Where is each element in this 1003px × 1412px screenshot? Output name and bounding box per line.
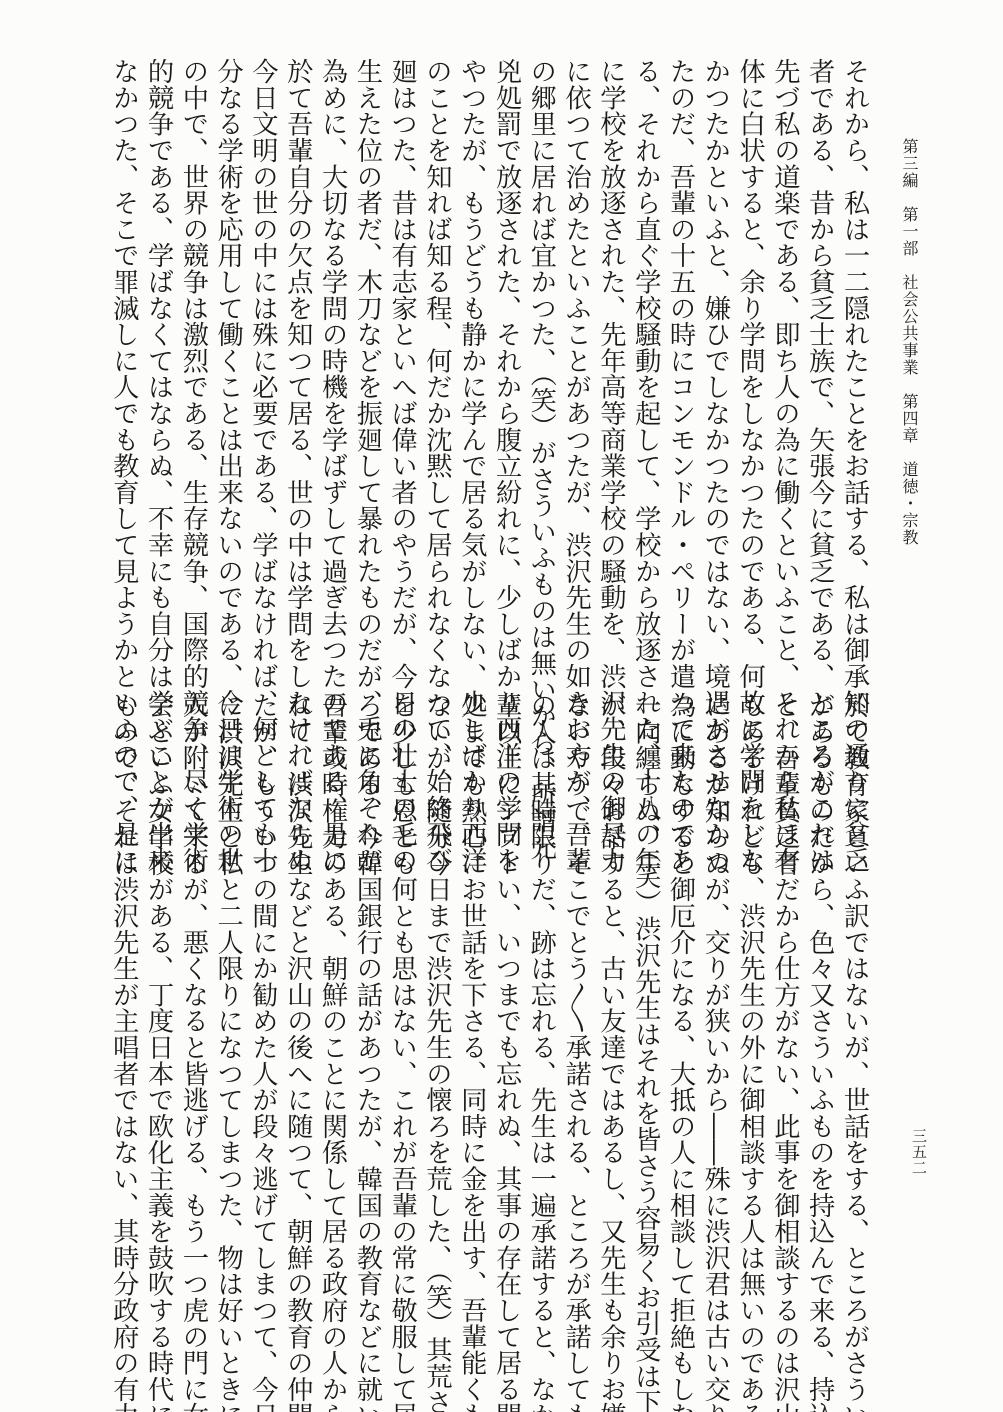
text-column: 於て教育家といふ訳ではないが、世話をする、ところがさういふ道楽 bbox=[836, 692, 871, 1362]
text-column: ないが、随分今日まで渋沢先生の懐ろを荒した、（笑）其荒されたの bbox=[419, 692, 454, 1362]
text-column: の郷里に居れば宜かつた、（笑）がさういふものは無いから、所謂元 bbox=[523, 58, 558, 678]
text-column: 輩以上にシブトい、いつまでも忘れぬ、其事の存在して居る間は、何 bbox=[488, 692, 523, 1362]
text-column: の中で、世界の競争は激烈である、生存競争、国際的競争、尽く学術 bbox=[175, 58, 210, 678]
text-column: に渋沢先生と私と二人限りになつてしまつた、物は好いときには盛に bbox=[210, 692, 245, 1362]
text-column: 為に動もすると御厄介になる、大抵の人に相談して拒絶もしないが、 bbox=[662, 692, 697, 1362]
text-column: もあるけれども、渋沢先生の外に御相談する人は無いのである、又外 bbox=[732, 692, 767, 1362]
text-column: それから、私は一二隠れたことをお話する、私は御承知の通りに貧乏 bbox=[836, 58, 871, 678]
text-column: なかつた、そこで罪滅しに人でも教育して見ようかといふので、是に bbox=[105, 58, 140, 678]
text-column: に学校を放逐された、先年高等商業学校の騒動を、渋沢先生の御尽力 bbox=[593, 58, 628, 678]
text-column: 今日文明の世の中には殊に必要である、学ばなければ、何としても十 bbox=[245, 58, 280, 678]
text-column: たが、もういつの間にか勧めた人が段々逃げてしまつて、今日は僅か bbox=[245, 692, 280, 1362]
text-column: に依つて治めたといふことがあつたが、渋沢先生の如きお方が、吾輩 bbox=[558, 58, 593, 678]
text-column: る、それから直ぐ学校騒動を起して、学校から放逐された、十八の年 bbox=[627, 58, 662, 678]
text-column: 会といふ女学校がある、丁度日本で欧化主義を鼓吹する時代に出来た bbox=[140, 692, 175, 1362]
text-column: 的競争である、学ばなくてはならぬ、不幸にも自分は学ぶことが出来 bbox=[140, 58, 175, 678]
text-column: 吾輩或時権力のある、朝鮮のことに関係して居る政府の人から勧めら bbox=[314, 692, 349, 1362]
text-column: の人は其時限りだ、跡は忘れる、先生は一遍承諾すると、なか〳〵吾 bbox=[523, 692, 558, 1362]
text-column: たのだ、吾輩の十五の時にコンモンドル・ペリーが遣つて来たのであ bbox=[662, 58, 697, 678]
text-column: 兇処罰で放逐された、それから腹立紛れに、少しばかり西洋の学問を bbox=[488, 58, 523, 678]
text-column: やつたが、もうどうも静かに学んで居る気がしない、少しばかり西洋 bbox=[453, 58, 488, 678]
text-column: 為めに、大切なる学問の時機を学ばずして過ぎ去つたのである、是に bbox=[314, 58, 349, 678]
text-column: もので、それは渋沢先生が主唱者ではない、其時分政府の有力なる欧 bbox=[105, 692, 140, 1362]
text-column: 処までも熱心にお世話を下さる、同時に金を出す、吾輩能くも算当し bbox=[453, 692, 488, 1362]
text-column: と、吾輩貧乏者だから仕方がない、此事を御相談するのは沢山の知人 bbox=[767, 692, 802, 1362]
text-column: 一向纏らぬ、（笑）渋沢先生はそれを皆さう容易くお引受は下さらぬ bbox=[627, 692, 662, 1362]
text-column: 体に白状すると、余り学問をしなかつたのである、何故に学問をしな bbox=[732, 58, 767, 678]
text-column: ないやうで、そこでとう〳〵承諾される、ところが承諾しても、普通 bbox=[558, 692, 593, 1362]
text-column: を少しも恩とも何とも思はない、これが吾輩の常に敬服して居るとこ bbox=[384, 692, 419, 1362]
text-column: 於て吾輩自分の欠点を知つて居る、世の中は学問をしなければならぬ bbox=[279, 58, 314, 678]
text-column: 人が附いて来るが、悪くなると皆逃げる、もう一つ虎の門に女子奨励 bbox=[175, 692, 210, 1362]
lower-text-block: 於て教育家といふ訳ではないが、世話をする、ところがさういふ道楽 があるものだから… bbox=[59, 692, 871, 1362]
text-column: れて、渋沢先生などと沢山の後へに随つて、朝鮮の教育の仲間入をし bbox=[279, 692, 314, 1362]
text-column: かつたかといふと、嫌ひでしなかつたのではない、境遇がさせなかつ bbox=[697, 58, 732, 678]
running-head: 第三編 第一部 社会公共事業 第四章 道徳・宗教 bbox=[895, 138, 923, 538]
text-column: が、段々お話すると、古い友達ではあるし、又先生も余りお嫌ひでは bbox=[593, 692, 628, 1362]
upper-text-block: それから、私は一二隠れたことをお話する、私は御承知の通りに貧乏 者である、昔から… bbox=[59, 58, 871, 678]
text-column: 生えた位の者だ、木刀などを振廻して暴れたものだが、兎に角それが bbox=[349, 58, 384, 678]
text-column: 分なる学術を応用して働くことは出来ないのである、今日は学術の世 bbox=[210, 58, 245, 678]
page-number: 三五二 bbox=[905, 1128, 933, 1208]
text-column: 廻はつた、昔は有志家といへば偉い者のやうだが、今日の壮士の毛の bbox=[384, 58, 419, 678]
text-column: があるものだから、色々又さういふものを持込んで来る、持込まれる bbox=[801, 692, 836, 1362]
text-column: 先づ私の道楽である、即ち人の為に働くといふこと、それから私は有 bbox=[767, 58, 802, 678]
book-page: 第三編 第一部 社会公共事業 第四章 道徳・宗教 三五二 それから、私は一二隠れ… bbox=[0, 0, 1003, 1412]
text-column: のことを知れば知る程、何だか沈黙して居られなくなつて、始終飛び bbox=[419, 58, 454, 678]
text-column: 者である、昔から貧乏士族で、矢張今に貧乏である、ところがこれは bbox=[801, 58, 836, 678]
text-column: ろである、今韓国銀行の話があつたが、韓国の教育などに就いても、 bbox=[349, 692, 384, 1362]
text-column: にあるか知らぬが、交りが狭いから――殊に渋沢君は古い交りである bbox=[697, 692, 732, 1362]
